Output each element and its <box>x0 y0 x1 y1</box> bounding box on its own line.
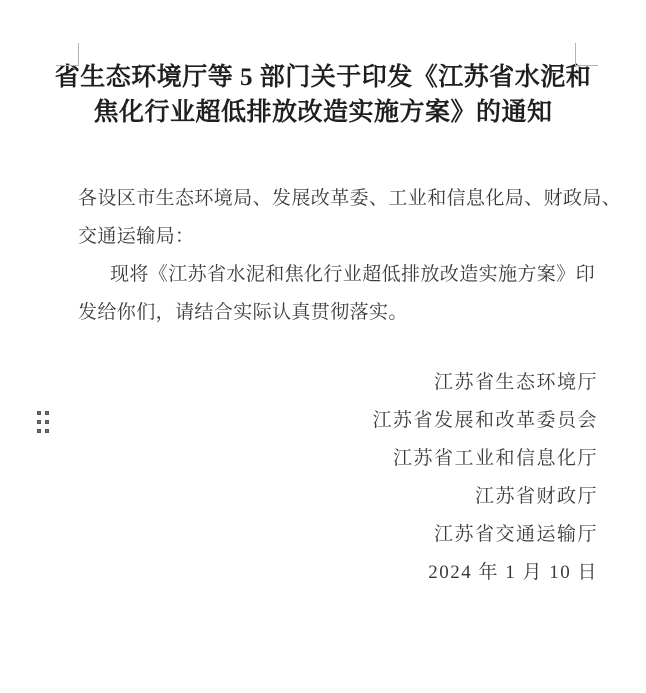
salutation-line-2: 交通运输局： <box>78 218 600 256</box>
drag-handle-dot <box>45 429 49 433</box>
document-date: 2024 年 1 月 10 日 <box>0 554 598 592</box>
document-title: 省生态环境厅等 5 部门关于印发《江苏省水泥和 焦化行业超低排放改造实施方案》的… <box>0 60 646 130</box>
paragraph-line-2: 发给你们，请结合实际认真贯彻落实。 <box>78 294 600 332</box>
signature-block: 江苏省生态环境厅 江苏省发展和改革委员会 江苏省工业和信息化厅 江苏省财政厅 江… <box>0 364 646 592</box>
document-title-line-2: 焦化行业超低排放改造实施方案》的通知 <box>0 95 646 130</box>
document-body: 各设区市生态环境局、发展改革委、工业和信息化局、财政局、 交通运输局： 现将《江… <box>0 180 646 332</box>
salutation-line-1: 各设区市生态环境局、发展改革委、工业和信息化局、财政局、 <box>78 180 600 218</box>
drag-handle-icon[interactable] <box>37 411 49 433</box>
signature-agency-1: 江苏省生态环境厅 <box>0 364 598 402</box>
drag-handle-dot <box>45 420 49 424</box>
drag-handle-dot <box>37 411 41 415</box>
page-margin-mark-top-left <box>56 43 79 66</box>
signature-agency-5: 江苏省交通运输厅 <box>0 516 598 554</box>
paragraph-line-1: 现将《江苏省水泥和焦化行业超低排放改造实施方案》印 <box>78 256 600 294</box>
drag-handle-dot <box>45 411 49 415</box>
signature-agency-2: 江苏省发展和改革委员会 <box>0 402 598 440</box>
drag-handle-dot <box>37 420 41 424</box>
signature-agency-4: 江苏省财政厅 <box>0 478 598 516</box>
document-page: { "document": { "title_lines": [ "省生态环境厅… <box>0 0 646 693</box>
signature-agency-3: 江苏省工业和信息化厅 <box>0 440 598 478</box>
page-margin-mark-top-right <box>575 43 598 66</box>
document-title-line-1: 省生态环境厅等 5 部门关于印发《江苏省水泥和 <box>0 60 646 95</box>
drag-handle-dot <box>37 429 41 433</box>
